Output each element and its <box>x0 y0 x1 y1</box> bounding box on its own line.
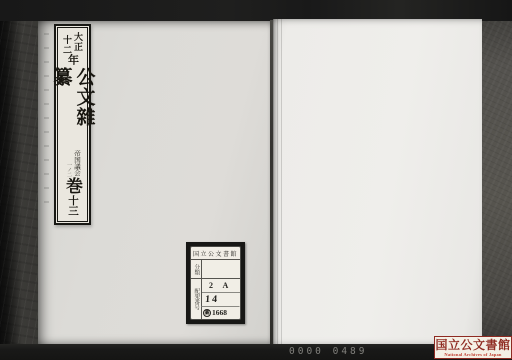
archive-label: 国立公文書館 分類 配架番号 2 A 14 纂 1668 <box>190 246 241 320</box>
pencil-marks <box>44 33 49 213</box>
scanned-book-photo: 十二 大正 年 公文雜纂 一ノ二 帝国議会 巻 十三 国立公文書館 分類 <box>0 0 512 360</box>
background-left-mat <box>0 0 40 360</box>
shelf-line-1: 2 A <box>202 279 240 293</box>
classification-value <box>202 260 240 278</box>
era-col-left: 十二 <box>62 35 72 55</box>
era-block: 十二 大正 <box>62 32 83 55</box>
archive-stamp-subtitle: National Archives of Japan <box>444 352 501 357</box>
subtitle-col-left: 一ノ二 <box>65 162 71 177</box>
circled-series-character: 纂 <box>203 309 211 317</box>
archive-label-header: 国立公文書館 <box>191 247 240 260</box>
volume-label: 巻 <box>63 177 82 194</box>
shelf-values: 2 A 14 纂 1668 <box>202 279 240 319</box>
archive-label-patch: 国立公文書館 分類 配架番号 2 A 14 纂 1668 <box>186 242 245 324</box>
archive-stamp-title: 国立公文書館 <box>435 339 510 352</box>
shelf-label: 配架番号 <box>193 288 200 310</box>
shelf-line-3: 纂 1668 <box>202 306 240 319</box>
classification-label-cell: 分類 <box>191 260 202 278</box>
shelf-line-2: 14 <box>202 293 241 307</box>
subtitle-block: 一ノ二 帝国議会 <box>65 150 80 177</box>
era-col-right: 大正 <box>73 32 83 55</box>
classification-label: 分類 <box>193 264 200 275</box>
title-label-inner: 十二 大正 年 公文雜纂 一ノ二 帝国議会 巻 十三 <box>57 27 88 222</box>
background-right-mat <box>478 0 512 360</box>
book-title: 公文雜纂 <box>50 67 96 146</box>
title-label: 十二 大正 年 公文雜纂 一ノ二 帝国議会 巻 十三 <box>54 24 91 225</box>
frame-counter: 0000 0489 <box>289 346 399 358</box>
book-pages-edge <box>273 19 482 346</box>
era-year: 年 <box>65 54 81 65</box>
volume-number: 十三 <box>67 195 78 216</box>
volume-block: 巻 十三 <box>63 177 82 216</box>
subtitle-col-right: 帝国議会 <box>72 150 80 177</box>
shelf-label-cell: 配架番号 <box>191 279 202 319</box>
background-top-band <box>0 0 512 21</box>
archive-stamp: 国立公文書館 National Archives of Japan <box>434 336 512 359</box>
shelf-number-row: 配架番号 2 A 14 纂 1668 <box>191 279 240 319</box>
shelf-number: 1668 <box>212 308 227 317</box>
classification-row: 分類 <box>191 260 240 279</box>
